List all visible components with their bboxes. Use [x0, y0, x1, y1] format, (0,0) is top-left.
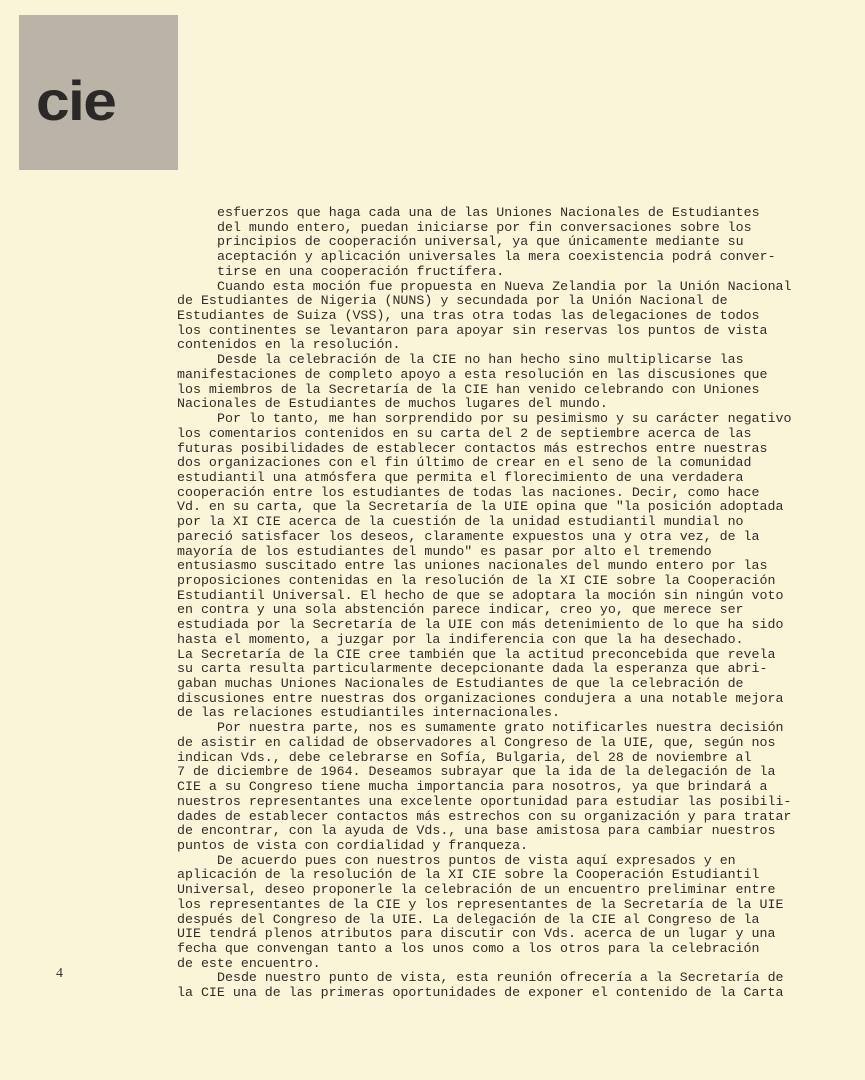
text-line: de Estudiantes de Nigeria (NUNS) y secun…	[177, 294, 728, 308]
text-line: los continentes se levantaron para apoya…	[177, 324, 767, 338]
text-line: del mundo entero, puedan iniciarse por f…	[217, 221, 752, 235]
page-number: 4	[56, 966, 63, 982]
text-line: aplicación de la resolución de la XI CIE…	[177, 868, 760, 882]
text-line: por la XI CIE acerca de la cuestión de l…	[177, 515, 744, 529]
text-line: De acuerdo pues con nuestros puntos de v…	[217, 854, 736, 868]
text-line: tirse en una cooperación fructífera.	[217, 265, 504, 279]
text-line: su carta resulta particularmente decepci…	[177, 662, 767, 676]
text-line: la CIE una de las primeras oportunidades…	[177, 986, 783, 1000]
text-line: Por nuestra parte, nos es sumamente grat…	[217, 721, 784, 735]
text-line: esfuerzos que haga cada una de las Union…	[217, 206, 760, 220]
text-line: de las relaciones estudiantiles internac…	[177, 706, 560, 720]
text-line: futuras posibilidades de establecer cont…	[177, 442, 767, 456]
text-line: mayoría de los estudiantes del mundo" es…	[177, 545, 712, 559]
text-line: estudiada por la Secretaría de la UIE co…	[177, 618, 783, 632]
text-line: contenidos en la resolución.	[177, 338, 400, 352]
text-line: de este encuentro.	[177, 957, 321, 971]
text-line: los representantes de la CIE y los repre…	[177, 898, 783, 912]
text-line: principios de cooperación universal, ya …	[217, 235, 744, 249]
text-line: Vd. en su carta, que la Secretaría de la…	[177, 500, 783, 514]
text-line: gaban muchas Uniones Nacionales de Estud…	[177, 677, 744, 691]
text-line: estudiantil una atmósfera que permita el…	[177, 471, 744, 485]
text-line: Cuando esta moción fue propuesta en Nuev…	[217, 280, 792, 294]
text-line: aceptación y aplicación universales la m…	[217, 250, 776, 264]
text-line: después del Congreso de la UIE. La deleg…	[177, 913, 760, 927]
text-line: Desde la celebración de la CIE no han he…	[217, 353, 744, 367]
text-line: manifestaciones de completo apoyo a esta…	[177, 368, 767, 382]
text-line: cooperación entre los estudiantes de tod…	[177, 486, 760, 500]
text-line: Nacionales de Estudiantes de muchos luga…	[177, 397, 608, 411]
text-line: CIE a su Congreso tiene mucha importanci…	[177, 780, 767, 794]
text-line: proposiciones contenidas en la resolució…	[177, 574, 775, 588]
text-line: hasta el momento, a juzgar por la indife…	[177, 633, 744, 647]
text-line: pareció satisfacer los deseos, clarament…	[177, 530, 760, 544]
text-line: los miembros de la Secretaría de la CIE …	[177, 383, 760, 397]
text-line: fecha que convengan tanto a los unos com…	[177, 942, 760, 956]
text-line: puntos de vista con cordialidad y franqu…	[177, 839, 528, 853]
text-line: UIE tendrá plenos atributos para discuti…	[177, 927, 775, 941]
text-line: Estudiantil Universal. El hecho de que s…	[177, 589, 783, 603]
text-line: los comentarios contenidos en su carta d…	[177, 427, 752, 441]
text-line: Por lo tanto, me han sorprendido por su …	[217, 412, 792, 426]
text-line: en contra y una sola abstención parece i…	[177, 603, 744, 617]
text-line: dos organizaciones con el fin último de …	[177, 456, 752, 470]
text-line: Desde nuestro punto de vista, esta reuni…	[217, 971, 784, 985]
text-line: entusiasmo suscitado entre las uniones n…	[177, 559, 767, 573]
text-line: Estudiantes de Suiza (VSS), una tras otr…	[177, 309, 760, 323]
text-line: Universal, deseo proponerle la celebraci…	[177, 883, 775, 897]
text-line: 7 de diciembre de 1964. Deseamos subraya…	[177, 765, 775, 779]
text-line: nuestros representantes una excelente op…	[177, 795, 791, 809]
text-line: dades de establecer contactos más estrec…	[177, 810, 791, 824]
letter-body: esfuerzos que haga cada una de las Union…	[0, 0, 865, 1080]
text-line: de encontrar, con la ayuda de Vds., una …	[177, 824, 775, 838]
text-line: de asistir en calidad de observadores al…	[177, 736, 775, 750]
text-line: discusiones entre nuestras dos organizac…	[177, 692, 783, 706]
text-line: indican Vds., debe celebrarse en Sofía, …	[177, 751, 752, 765]
text-line: La Secretaría de la CIE cree también que…	[177, 648, 775, 662]
